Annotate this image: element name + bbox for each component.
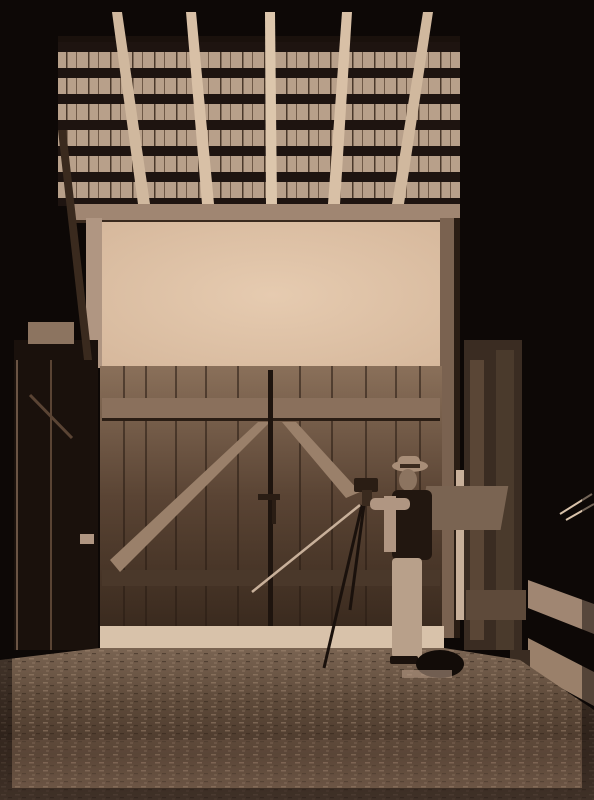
door-latch — [258, 494, 280, 500]
roof-rafter — [265, 12, 277, 204]
dirt-floor — [0, 648, 594, 800]
right-fence-roof — [419, 486, 509, 530]
overexposed-sky — [100, 222, 444, 368]
barn-photograph — [0, 0, 594, 800]
pants — [392, 558, 422, 658]
roof — [58, 12, 460, 223]
camera — [354, 478, 378, 492]
tie-beam — [70, 204, 460, 222]
